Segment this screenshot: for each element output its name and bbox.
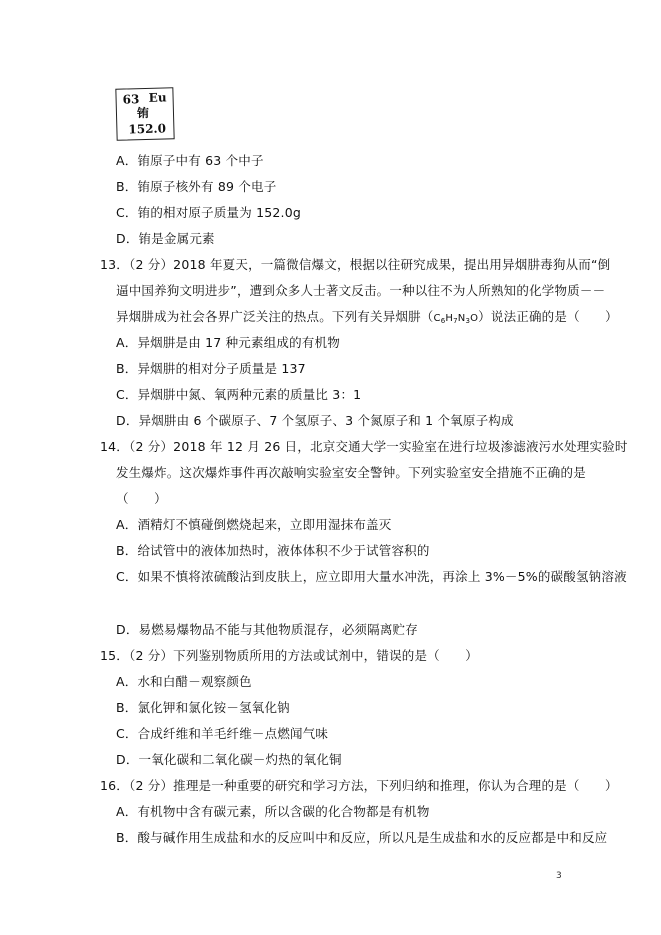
q12-option-d: D．铕是金属元素 [116, 231, 215, 247]
q15-option-d: D．一氧化碳和二氧化碳－灼热的氧化铜 [116, 752, 342, 768]
q16-option-b: B．酸与碱作用生成盐和水的反应叫中和反应，所以凡是生成盐和水的反应都是中和反应 [116, 830, 607, 846]
q12-option-c: C．铕的相对原子质量为 152.0g [116, 205, 301, 221]
page-number: 3 [556, 871, 562, 881]
q14-option-b: B．给试管中的液体加热时，液体体积不少于试管容积的 [116, 543, 430, 559]
q14-option-c: C．如果不慎将浓硫酸沾到皮肤上，应立即用大量水冲洗，再涂上 3%－5%的碳酸氢钠… [116, 569, 627, 585]
q14-stem-line-3: （ ） [116, 491, 167, 507]
q14-stem-line-1: 14．（2 分）2018 年 12 月 26 日，北京交通大学一实验室在进行垃圾… [100, 439, 628, 455]
q15-option-b: B．氯化钾和氯化铵－氢氧化钠 [116, 700, 290, 716]
q12-option-a: A．铕原子中有 63 个中子 [116, 153, 264, 169]
formula-c: C [434, 313, 441, 324]
q13-stem-tail: ）说法正确的是（ ） [478, 309, 618, 324]
q14-option-a: A．酒精灯不慎碰倒燃烧起来，立即用湿抹布盖灭 [116, 517, 391, 533]
q15-stem: 15．（2 分）下列鉴别物质所用的方法或试剂中，错误的是（ ） [100, 648, 478, 664]
q13-stem-line-3: 异烟肼成为社会各界广泛关注的热点。下列有关异烟肼（C6H7N3O）说法正确的是（… [116, 309, 618, 327]
formula-o: O [470, 313, 478, 324]
q14-option-d: D．易燃易爆物品不能与其他物质混存，必须隔离贮存 [116, 622, 418, 638]
q14-stem-line-2: 发生爆炸。这次爆炸事件再次敲响实验室安全警钟。下列实验室安全措施不正确的是 [116, 465, 586, 481]
periodic-element-card: 63 Eu 铕 152.0 [115, 87, 174, 141]
formula-h: H [445, 313, 453, 324]
element-name: 铕 [137, 107, 149, 120]
q13-stem-text: 异烟肼成为社会各界广泛关注的热点。下列有关异烟肼（ [116, 309, 434, 324]
element-symbol: Eu [149, 91, 167, 104]
atomic-mass: 152.0 [128, 122, 166, 136]
q13-stem-line-2: 逼中国养狗文明进步”，遭到众多人士著文反击。一种以往不为人所熟知的化学物质－－ [116, 283, 605, 299]
chemical-formula: C6H7N3O [434, 313, 479, 324]
q16-option-a: A．有机物中含有碳元素，所以含碳的化合物都是有机物 [116, 804, 430, 820]
q12-option-b: B．铕原子核外有 89 个电子 [116, 179, 276, 195]
q15-option-c: C．合成纤维和羊毛纤维－点燃闻气味 [116, 726, 328, 742]
document-page: 63 Eu 铕 152.0 A．铕原子中有 63 个中子 B．铕原子核外有 89… [0, 0, 661, 935]
q13-option-d: D．异烟肼由 6 个碳原子、7 个氢原子、3 个氮原子和 1 个氧原子构成 [116, 413, 514, 429]
q13-option-b: B．异烟肼的相对分子质量是 137 [116, 361, 306, 377]
q13-option-c: C．异烟肼中氮、氧两种元素的质量比 3：1 [116, 387, 361, 403]
q15-option-a: A．水和白醋－观察颜色 [116, 674, 252, 690]
atomic-number: 63 [122, 93, 139, 106]
q13-stem-line-1: 13．（2 分）2018 年夏天，一篇微信爆文，根据以往研究成果，提出用异烟肼毒… [100, 257, 610, 273]
q13-option-a: A．异烟肼是由 17 种元素组成的有机物 [116, 335, 340, 351]
q16-stem: 16．（2 分）推理是一种重要的研究和学习方法，下列归纳和推理，你认为合理的是（… [100, 778, 618, 794]
